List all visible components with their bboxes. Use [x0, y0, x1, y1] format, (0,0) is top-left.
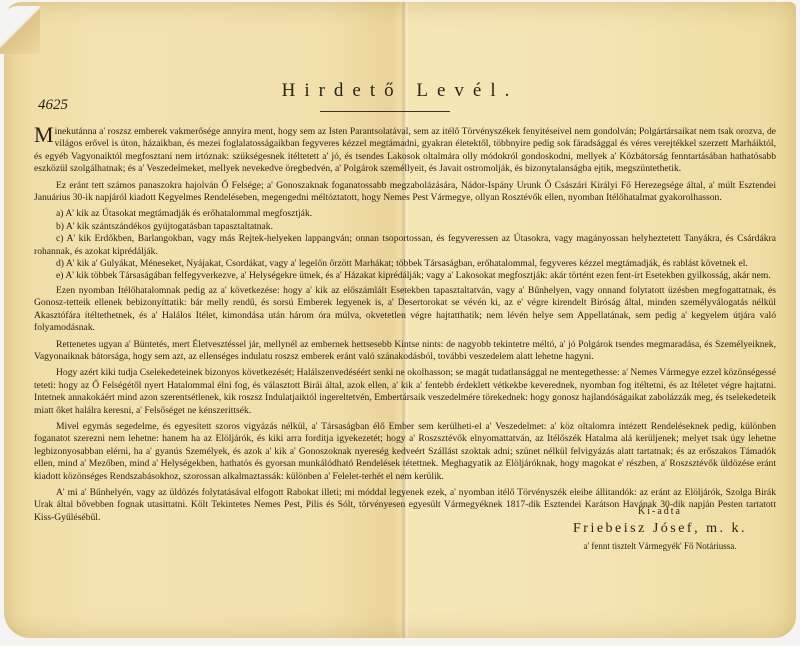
- list-item: c) A' kik Erdőkben, Barlangokban, vagy m…: [34, 233, 776, 258]
- list-item: b) A' kik szántszándékos gyújtogatásban …: [34, 221, 776, 233]
- paragraph: Rettenetes ugyan a' Büntetés, mert Életv…: [34, 339, 776, 364]
- title-rule: [320, 111, 450, 112]
- paragraph: Mivel egymás segedelme, és egyesített sz…: [34, 421, 776, 483]
- paragraph: Ezen nyomban Itélőhatalomnak pedig az a'…: [34, 285, 776, 335]
- paragraph-intro: Minekutánna a' roszsz emberek vakmerőség…: [34, 126, 776, 176]
- paragraph: Ez eránt tett számos panaszokra hajolván…: [34, 180, 776, 205]
- document-title: Hirdető Levél.: [0, 80, 800, 102]
- list-item: a) A' kik az Útasokat megtámadják és erő…: [34, 208, 776, 220]
- list-item: e) A' kik többek Társaságában felfegyver…: [34, 270, 776, 282]
- drop-cap: M: [34, 128, 54, 142]
- issued-by-label: Ki-adta: [540, 506, 780, 517]
- signatory-name: Friebeisz Jósef, m. k.: [540, 521, 780, 537]
- paragraph: Hogy azért kiki tudja Cselekedeteinek bi…: [34, 367, 776, 417]
- folded-corner: [0, 6, 40, 54]
- signature-block: Ki-adta Friebeisz Jósef, m. k. a' fennt …: [540, 506, 780, 551]
- offense-list: a) A' kik az Útasokat megtámadják és erő…: [34, 208, 776, 282]
- paragraph-text: inekutánna a' roszsz emberek vakmerősége…: [34, 126, 776, 174]
- list-item: d) A' kik a' Gulyákat, Méneseket, Nyájak…: [34, 258, 776, 270]
- signatory-role: a' fennt tisztelt Vármegyék' Fő Notárius…: [540, 541, 780, 551]
- document-body: Minekutánna a' roszsz emberek vakmerőség…: [34, 126, 776, 528]
